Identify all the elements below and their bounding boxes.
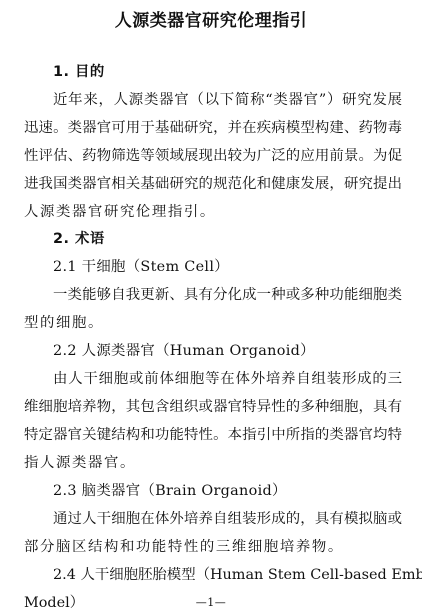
definition-line: 通过人干细胞在体外培养自组装形成的，具有模拟脑或 bbox=[53, 509, 402, 529]
definition-line: 型的细胞。 bbox=[24, 313, 402, 333]
term-label-human-organoid: 2.2 人源类器官（Human Organoid） bbox=[53, 341, 402, 361]
page-number: —1— bbox=[0, 596, 422, 609]
definition-line: 由人干细胞或前体细胞等在体外培养自组装形成的三 bbox=[53, 369, 402, 389]
definition-line: 特定器官关键结构和功能特性。本指引中所指的类器官均特 bbox=[24, 425, 402, 445]
paragraph-line: 进我国类器官相关基础研究的规范化和健康发展，研究提出 bbox=[24, 174, 402, 194]
definition-line: 部分脑区结构和功能特性的三维细胞培养物。 bbox=[24, 537, 402, 557]
document-title: 人源类器官研究伦理指引 bbox=[0, 6, 422, 31]
definition-line: 一类能够自我更新、具有分化成一种或多种功能细胞类 bbox=[53, 285, 402, 305]
paragraph-line: 迅速。类器官可用于基础研究，并在疾病模型构建、药物毒 bbox=[24, 118, 402, 138]
definition-line: 维细胞培养物，其包含组织或器官特异性的多种细胞，具有 bbox=[24, 397, 402, 417]
section-heading-terms: 2. 术语 bbox=[53, 229, 422, 249]
definition-line: 指人源类器官。 bbox=[24, 453, 402, 473]
paragraph-line: 性评估、药物筛选等领域展现出较为广泛的应用前景。为促 bbox=[24, 146, 402, 166]
paragraph-line: 近年来，人源类器官（以下简称“类器官”）研究发展 bbox=[53, 90, 402, 110]
paragraph-line: 人源类器官研究伦理指引。 bbox=[24, 202, 402, 222]
section-heading-purpose: 1. 目的 bbox=[53, 62, 422, 82]
term-label-brain-organoid: 2.3 脑类器官（Brain Organoid） bbox=[53, 481, 402, 501]
term-label-embryo-model: 2.4 人干细胞胚胎模型（Human Stem Cell-based Embry… bbox=[53, 565, 402, 585]
document-page: 人源类器官研究伦理指引 1. 目的 近年来，人源类器官（以下简称“类器官”）研究… bbox=[0, 0, 422, 615]
term-label-stem-cell: 2.1 干细胞（Stem Cell） bbox=[53, 257, 402, 277]
